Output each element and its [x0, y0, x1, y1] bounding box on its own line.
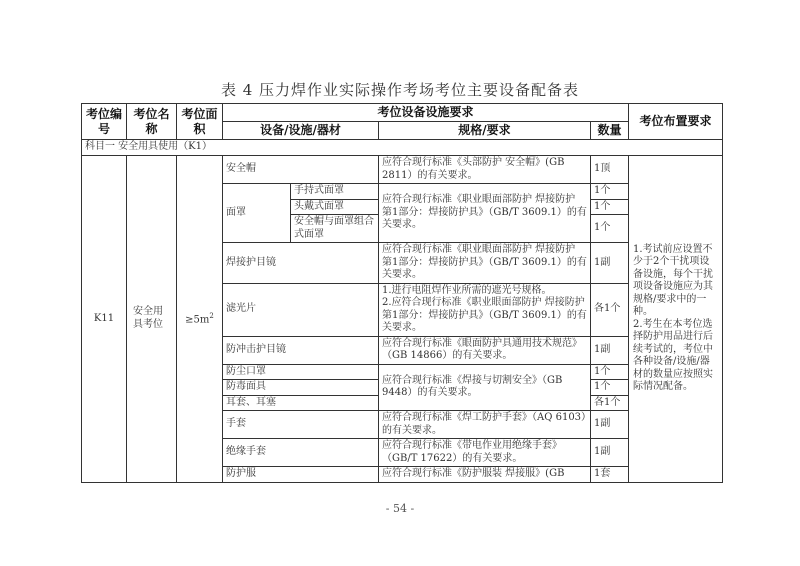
- item-name: 手套: [223, 411, 379, 439]
- page-number: - 54 -: [0, 502, 800, 515]
- item-qty: 1个: [591, 364, 629, 380]
- item-qty: 1副: [591, 243, 629, 284]
- table-row: K11 安全用具考位 ≥5m2 安全帽 应符合现行标准《头部防护 安全帽》(GB…: [82, 156, 723, 184]
- item-qty: 1个: [591, 215, 629, 243]
- header-spec: 规格/要求: [379, 122, 591, 140]
- station-code: K11: [82, 156, 127, 483]
- item-name: 面罩: [223, 184, 291, 243]
- item-qty: 1副: [591, 336, 629, 364]
- item-name: 防护服: [223, 467, 379, 483]
- item-qty: 1副: [591, 439, 629, 467]
- item-qty: 1个: [591, 184, 629, 200]
- item-name: 防毒面具: [223, 380, 379, 396]
- header-layout-requirement: 考位布置要求: [629, 104, 723, 140]
- sub-item: 安全帽与面罩组合式面罩: [291, 215, 379, 243]
- item-spec: 应符合现行标准《职业眼面部防护 焊接防护 第1部分：焊接防护具》（GB/T 36…: [379, 184, 591, 243]
- item-name: 防尘口罩: [223, 364, 379, 380]
- header-equipment-group: 考位设备设施要求: [223, 104, 629, 122]
- layout-requirement: 1.考试前应设置不少于2个干扰项设备设施，每个干扰项设备设施应为其规格/要求中的…: [629, 156, 723, 483]
- item-spec: 应符合现行标准《职业眼面部防护 焊接防护 第1部分：焊接防护具》（GB/T 36…: [379, 243, 591, 284]
- item-qty: 1套: [591, 467, 629, 483]
- item-qty: 各1个: [591, 283, 629, 336]
- header-quantity: 数量: [591, 122, 629, 140]
- item-qty: 各1个: [591, 395, 629, 411]
- item-qty: 1个: [591, 380, 629, 396]
- table-title: 表 4 压力焊作业实际操作考场考位主要设备配备表: [0, 79, 800, 100]
- header-station-name: 考位名称: [127, 104, 177, 140]
- item-name: 滤光片: [223, 283, 379, 336]
- sub-item: 头戴式面罩: [291, 199, 379, 215]
- item-qty: 1顶: [591, 156, 629, 184]
- item-spec: 应符合现行标准《焊工防护手套》（AQ 6103）的有关要求。: [379, 411, 591, 439]
- item-qty: 1副: [591, 411, 629, 439]
- header-station-area: 考位面积: [177, 104, 223, 140]
- item-name: 安全帽: [223, 156, 379, 184]
- item-spec: 应符合现行标准《防护服装 焊接服》(GB: [379, 467, 591, 483]
- section-row: 科目一 安全用具使用（K1）: [82, 140, 723, 156]
- item-name: 焊接护目镜: [223, 243, 379, 284]
- item-name: 防冲击护目镜: [223, 336, 379, 364]
- item-spec: 应符合现行标准《带电作业用绝缘手套》（GB/T 17622）的有关要求。: [379, 439, 591, 467]
- item-spec: 1.进行电阻焊作业所需的遮光号规格。 2.应符合现行标准《职业眼面部防护 焊接防…: [379, 283, 591, 336]
- sub-item: 手持式面罩: [291, 184, 379, 200]
- item-spec: 应符合现行标准《焊接与切割安全》（GB 9448）的有关要求。: [379, 364, 591, 411]
- item-name: 耳套、耳塞: [223, 395, 379, 411]
- item-qty: 1个: [591, 199, 629, 215]
- item-spec: 应符合现行标准《眼面防护具通用技术规范》（GB 14866）的有关要求。: [379, 336, 591, 364]
- item-name: 绝缘手套: [223, 439, 379, 467]
- station-area: ≥5m2: [177, 156, 223, 483]
- equipment-table: 考位编号 考位名称 考位面积 考位设备设施要求 考位布置要求 设备/设施/器材 …: [81, 103, 723, 483]
- item-spec: 应符合现行标准《头部防护 安全帽》(GB 2811）的有关要求。: [379, 156, 591, 184]
- header-station-code: 考位编号: [82, 104, 127, 140]
- header-equipment: 设备/设施/器材: [223, 122, 379, 140]
- station-name: 安全用具考位: [127, 156, 177, 483]
